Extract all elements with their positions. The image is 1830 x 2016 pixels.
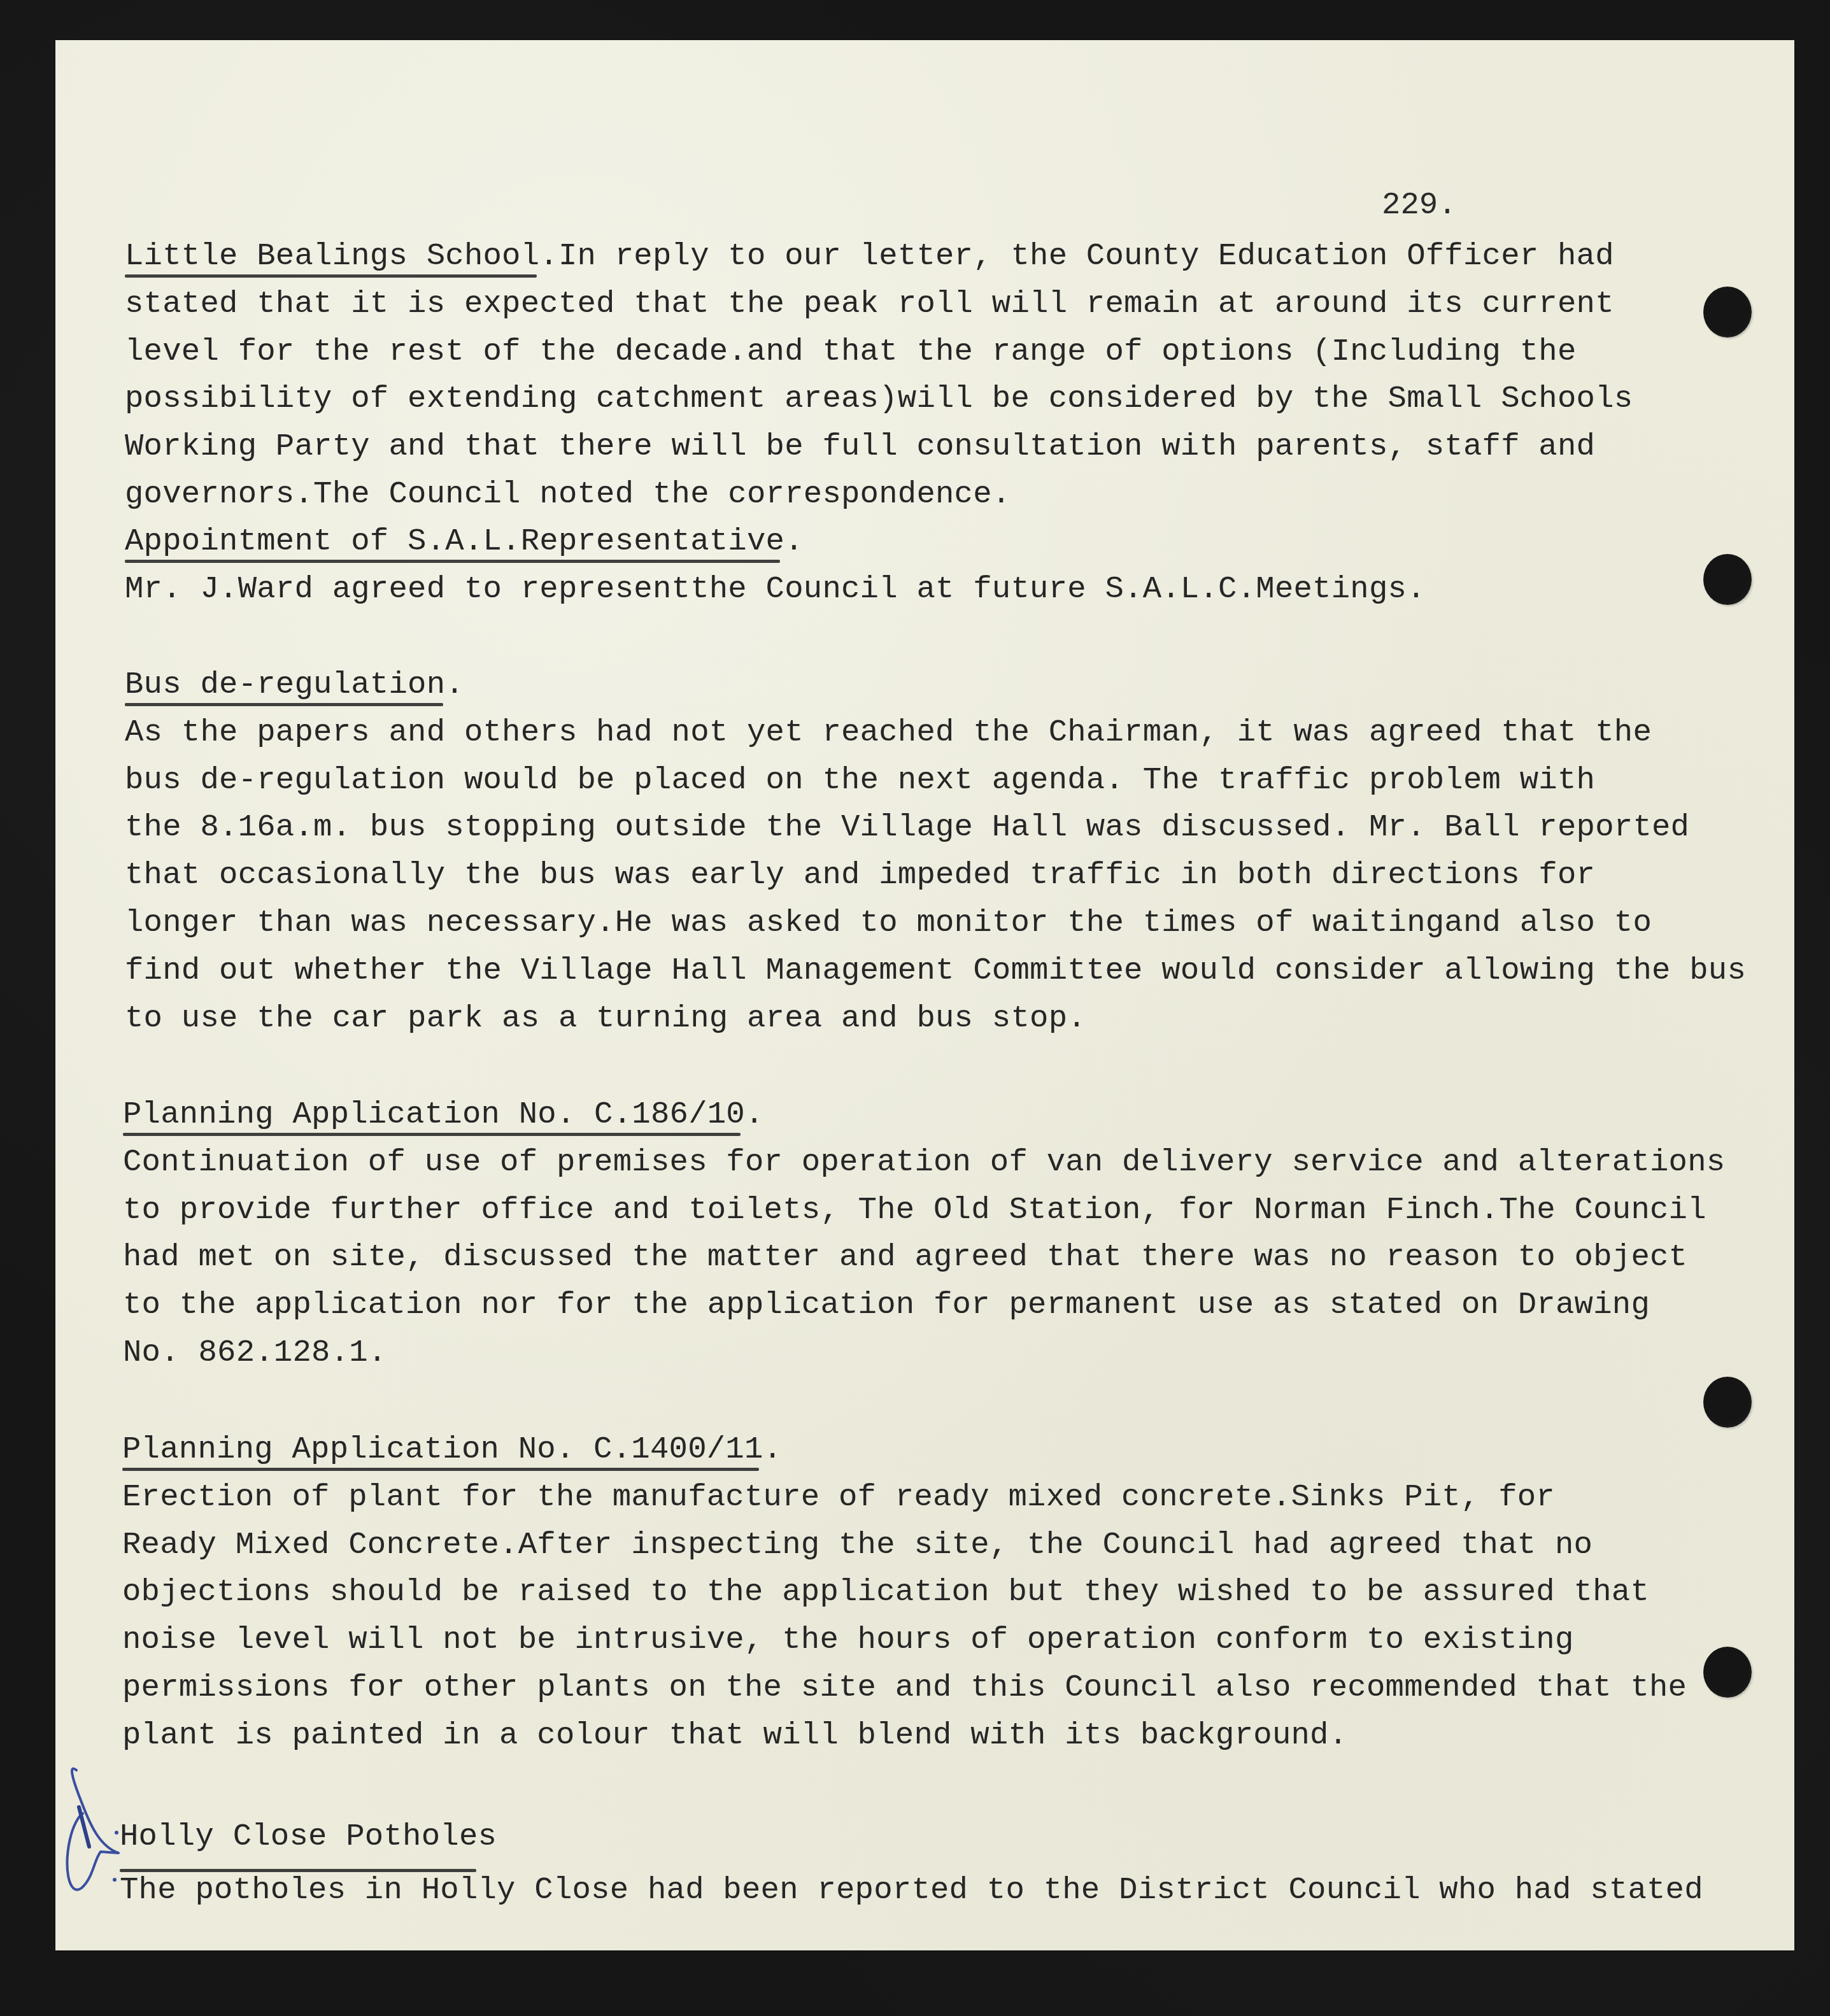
punch-hole-icon <box>1703 1647 1752 1698</box>
body-line: possibility of extending catchment areas… <box>125 380 1633 418</box>
handwritten-tick-icon <box>62 1757 126 1904</box>
body-line: plant is painted in a colour that will b… <box>122 1716 1347 1754</box>
punch-hole-icon <box>1703 554 1752 605</box>
body-line: noise level will not be intrusive, the h… <box>122 1621 1574 1659</box>
page-number: 229. <box>1382 186 1457 224</box>
body-line: permissions for other plants on the site… <box>122 1668 1687 1707</box>
body-line: to provide further office and toilets, T… <box>123 1191 1706 1229</box>
body-line: No. 862.128.1. <box>123 1333 387 1372</box>
body-line: to the application nor for the applicati… <box>123 1286 1650 1324</box>
punch-hole-icon <box>1703 287 1752 337</box>
section-first-line: Little Bealings School.In reply to our l… <box>125 237 1614 275</box>
body-line: bus de-regulation would be placed on the… <box>125 761 1595 799</box>
heading-period: . <box>445 667 464 702</box>
body-line: The potholes in Holly Close had been rep… <box>120 1871 1703 1909</box>
section-heading: Little Bealings School <box>125 237 539 275</box>
punch-hole-icon <box>1703 1377 1752 1428</box>
body-line: As the papers and others had not yet rea… <box>125 713 1652 751</box>
section-heading-line: Planning Application No. C.186/10. <box>123 1095 764 1133</box>
body-line: Erection of plant for the manufacture of… <box>122 1478 1555 1516</box>
section-heading-line: Appointment of S.A.L.Representative. <box>125 522 804 560</box>
body-line: stated that it is expected that the peak… <box>125 285 1614 323</box>
section-heading: Holly Close Potholes <box>120 1817 497 1856</box>
heading-period: . <box>784 523 804 559</box>
body-line: that occasionally the bus was early and … <box>125 856 1595 894</box>
section-heading-line: Planning Application No. C.1400/11. <box>122 1430 782 1468</box>
section-heading: Planning Application No. C.1400/11 <box>122 1430 763 1468</box>
section-heading: Bus de-regulation <box>125 665 445 704</box>
minutes-page <box>55 40 1794 1950</box>
section-heading: Appointment of S.A.L.Representative <box>125 522 784 560</box>
body-line: the 8.16a.m. bus stopping outside the Vi… <box>125 808 1689 846</box>
body-line: to use the car park as a turning area an… <box>125 999 1086 1037</box>
section-heading: Planning Application No. C.186/10 <box>123 1095 745 1133</box>
body-line: level for the rest of the decade.and tha… <box>125 332 1577 371</box>
section-heading-line: Bus de-regulation. <box>125 665 464 704</box>
body-line: had met on site, discussed the matter an… <box>123 1238 1687 1276</box>
section-heading-line: Holly Close Potholes <box>120 1817 497 1856</box>
body-line: Continuation of use of premises for oper… <box>123 1143 1725 1181</box>
body-line: find out whether the Village Hall Manage… <box>125 951 1746 990</box>
body-line: Ready Mixed Concrete.After inspecting th… <box>122 1526 1592 1564</box>
body-line: governors.The Council noted the correspo… <box>125 475 1011 513</box>
body-line: longer than was necessary.He was asked t… <box>125 904 1652 942</box>
body-line: Working Party and that there will be ful… <box>125 427 1595 465</box>
body-line: Mr. J.Ward agreed to representthe Counci… <box>125 570 1426 608</box>
heading-period: . <box>763 1431 783 1467</box>
heading-period: . <box>745 1097 764 1132</box>
body-text: .In reply to our letter, the County Educ… <box>539 238 1614 274</box>
body-line: objections should be raised to the appli… <box>122 1573 1649 1611</box>
